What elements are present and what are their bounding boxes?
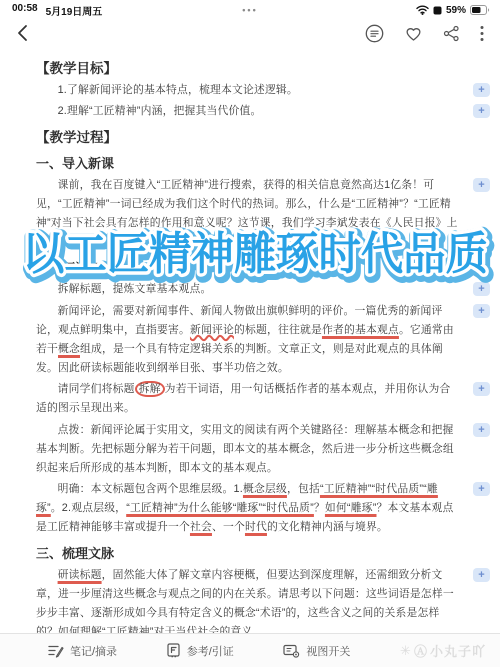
paragraph: 1.了解新闻评论的基本特点，梳理本文论述逻辑。+: [36, 81, 458, 100]
reference-citation-label: 参考/引证: [187, 643, 234, 659]
paragraph: 明确：本文标题包含两个思维层级。1.概念层级，包括“工匠精神”“时代品质”“雕琢…: [36, 480, 458, 537]
heart-icon[interactable]: [404, 25, 423, 42]
clock: 00:58: [12, 3, 38, 18]
text-run: 的标题，往往就是: [234, 324, 322, 336]
red-annotation-wavy: 新闻评论: [190, 324, 234, 336]
red-annotation-underline: 概念: [58, 343, 80, 355]
paragraph: 点拨：新闻评论属于实用文，实用文的阅读有两个关键路径：理解基本概念和把握基本判断…: [36, 421, 458, 478]
bottom-toolbar: 笔记/摘录 参考/引证 视图开关 ✳Ⓐ小丸子吖: [0, 633, 500, 667]
section-heading: 二、研读标题: [36, 259, 458, 278]
battery-percent: 59%: [446, 5, 466, 16]
text-run: ？: [314, 502, 325, 514]
section-heading: 【教学过程】: [36, 128, 458, 147]
text-run: 、一个: [212, 521, 245, 533]
text-run: 请同学们将标题: [58, 383, 135, 395]
paragraph: 研读标题，固然能大体了解文章内容梗概，但要达到深度理解，还需细致分析文章，进一步…: [36, 566, 458, 634]
text-run: 课前，我在百度键入“工匠精神”进行搜索，获得的相关信息竟然高达1亿条！可见，“工…: [36, 179, 458, 248]
kebab-menu-icon[interactable]: [480, 25, 484, 42]
status-bar: 00:58 5月19日周五 ••• 59%: [0, 0, 500, 18]
document-body: 【教学目标】1.了解新闻评论的基本特点，梳理本文论述逻辑。+2.理解“工匠精神”…: [0, 50, 500, 633]
author-watermark: ✳Ⓐ小丸子吖: [400, 641, 486, 660]
paragraph: 拆解标题，提炼文章基本观点。+: [36, 280, 458, 299]
share-icon[interactable]: [443, 25, 460, 42]
red-annotation-underline: 研读标题: [58, 569, 102, 581]
add-annotation-button[interactable]: +: [473, 568, 490, 582]
red-annotation-underline: “工匠精神”为什么能够“雕琢”“时代品质”: [126, 502, 314, 514]
paragraph: 请同学们将标题拆解为若干词语，用一句话概括作者的基本观点，并用你认为合适的图示呈…: [36, 380, 458, 418]
text-run: 拆解标题，提炼文章基本观点。: [58, 283, 212, 295]
red-annotation-circle: 拆解: [135, 381, 165, 397]
nav-bar: [0, 18, 500, 48]
notes-excerpt-button[interactable]: 笔记/摘录: [48, 643, 117, 659]
text-run: 点拨：新闻评论属于实用文，实用文的阅读有两个关键路径：理解基本概念和把握基本判断…: [36, 424, 454, 474]
back-button[interactable]: [16, 24, 28, 42]
date-label: 5月19日周五: [46, 3, 103, 18]
text-run: ，包括: [287, 483, 320, 495]
add-annotation-button[interactable]: +: [473, 304, 490, 318]
view-switch-label: 视图开关: [306, 643, 350, 659]
red-annotation-underline: 时代: [245, 521, 267, 533]
wifi-icon: [416, 5, 429, 15]
note-lines-pen-icon: [48, 644, 64, 658]
battery-icon: [470, 5, 490, 15]
add-annotation-button[interactable]: +: [473, 83, 490, 97]
red-annotation-underline: 如何“雕琢”: [325, 502, 377, 514]
text-run: 2.理解“工匠精神”内涵，把握其当代价值。: [58, 105, 262, 117]
notes-excerpt-label: 笔记/摘录: [70, 643, 117, 659]
reference-page-icon: [167, 643, 181, 658]
add-annotation-button[interactable]: +: [473, 382, 490, 396]
text-run: 。2.观点层级，: [51, 502, 126, 514]
add-annotation-button[interactable]: +: [473, 178, 490, 192]
reference-citation-button[interactable]: 参考/引证: [167, 643, 234, 659]
view-switch-icon: [283, 644, 300, 658]
red-annotation-underline: 社会: [190, 521, 212, 533]
paragraph: 课前，我在百度键入“工匠精神”进行搜索，获得的相关信息竟然高达1亿条！可见，“工…: [36, 176, 458, 252]
text-run: 组成，是一个具有特定逻辑关系的判断。文章正文，则是对此观点的具体阐发。因此研读标…: [36, 343, 443, 374]
author-watermark-text: 小丸子吖: [430, 641, 486, 660]
red-annotation-underline: 概念层级: [243, 483, 287, 495]
section-heading: 三、梳理文脉: [36, 544, 458, 563]
paragraph: 新闻评论，需要对新闻事件、新闻人物做出旗帜鲜明的评价。一篇优秀的新闻评论，观点鲜…: [36, 302, 458, 378]
view-switch-button[interactable]: 视图开关: [283, 643, 350, 659]
text-run: 1.了解新闻评论的基本特点，梳理本文论述逻辑。: [58, 84, 298, 96]
text-run: 明确：本文标题包含两个思维层级。1.: [58, 483, 243, 495]
paragraph: 2.理解“工匠精神”内涵，把握其当代价值。+: [36, 102, 458, 121]
add-annotation-button[interactable]: +: [473, 104, 490, 118]
app-window: 00:58 5月19日周五 ••• 59%: [0, 0, 500, 667]
text-run: 的文化精神内涵与境界。: [267, 521, 388, 533]
add-annotation-button[interactable]: +: [473, 282, 490, 296]
add-annotation-button[interactable]: +: [473, 423, 490, 437]
flower-icon: ✳: [400, 643, 412, 659]
mute-icon: [433, 6, 442, 15]
multitask-dots: •••: [242, 5, 257, 15]
red-annotation-underline: 作者的基本观点: [322, 324, 399, 336]
section-heading: 【教学目标】: [36, 59, 458, 78]
outline-list-icon[interactable]: [365, 24, 384, 43]
add-annotation-button[interactable]: +: [473, 482, 490, 496]
a-badge-icon: Ⓐ: [414, 641, 428, 660]
section-heading: 一、导入新课: [36, 154, 458, 173]
